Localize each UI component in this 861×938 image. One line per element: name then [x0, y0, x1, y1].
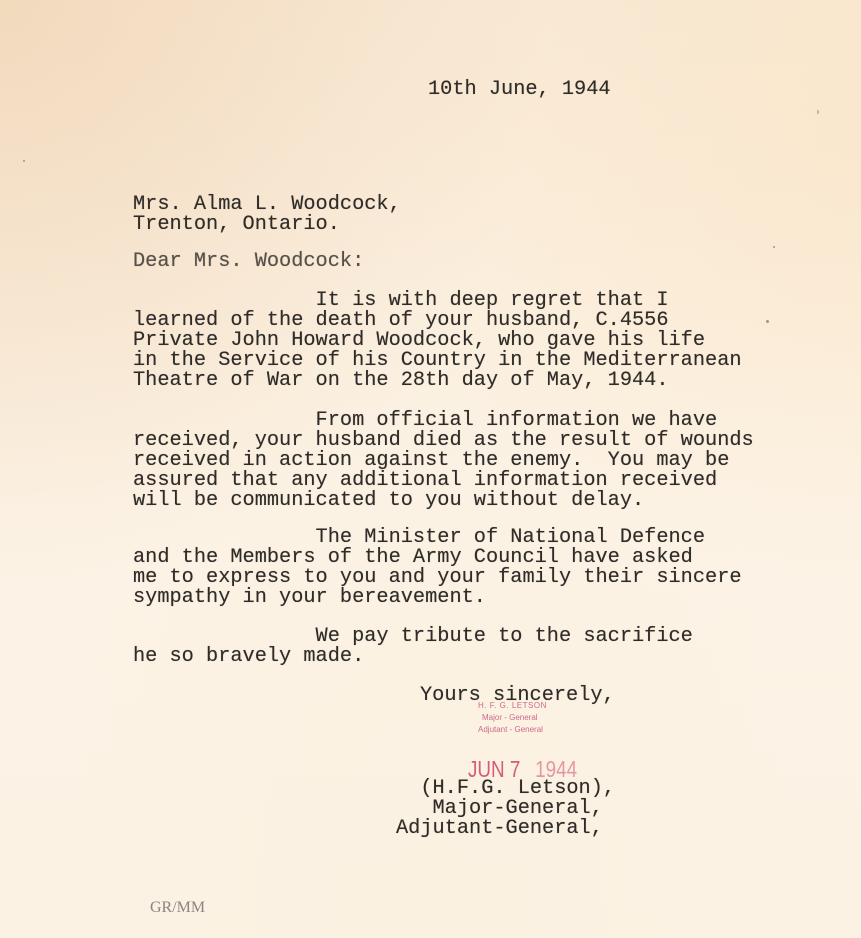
paragraph-line: will be communicated to you without dela…: [133, 489, 644, 512]
letter-date: 10th June, 1944: [428, 80, 611, 100]
paragraph-condolence: It is with deep regret that I learned of…: [133, 291, 742, 391]
paragraph-line: sympathy in your bereavement.: [133, 586, 486, 609]
recipient-city: Trenton, Ontario.: [133, 213, 340, 236]
paragraph-tribute: We pay tribute to the sacrifice he so br…: [133, 627, 693, 667]
stamp-name-line: H. F. G. LETSON: [470, 700, 600, 712]
name-rubber-stamp: H. F. G. LETSON Major - General Adjutant…: [470, 700, 600, 736]
paper-speck: [766, 320, 769, 323]
paragraph-minister-sympathy: The Minister of National Defence and the…: [133, 528, 742, 608]
paragraph-line: he so bravely made.: [133, 645, 364, 668]
reference-initials: GR/MM: [150, 898, 205, 918]
paper-speck: [773, 246, 775, 248]
letter-page: 10th June, 1944 Mrs. Alma L. Woodcock, T…: [0, 0, 861, 938]
paragraph-line: Theatre of War on the 28th day of May, 1…: [133, 369, 669, 392]
paper-speck: [817, 110, 819, 114]
stamp-rank-line: Major - General: [470, 712, 600, 724]
signature-block: (H.F.G. Letson), Major-General, Adjutant…: [396, 779, 615, 839]
stamp-title-line: Adjutant - General: [470, 724, 600, 736]
salutation: Dear Mrs. Woodcock:: [133, 252, 364, 272]
paragraph-official-information: From official information we have receiv…: [133, 411, 754, 511]
signatory-title: Adjutant-General,: [396, 817, 603, 840]
paper-speck: [23, 160, 25, 162]
recipient-address: Mrs. Alma L. Woodcock, Trenton, Ontario.: [133, 195, 401, 235]
